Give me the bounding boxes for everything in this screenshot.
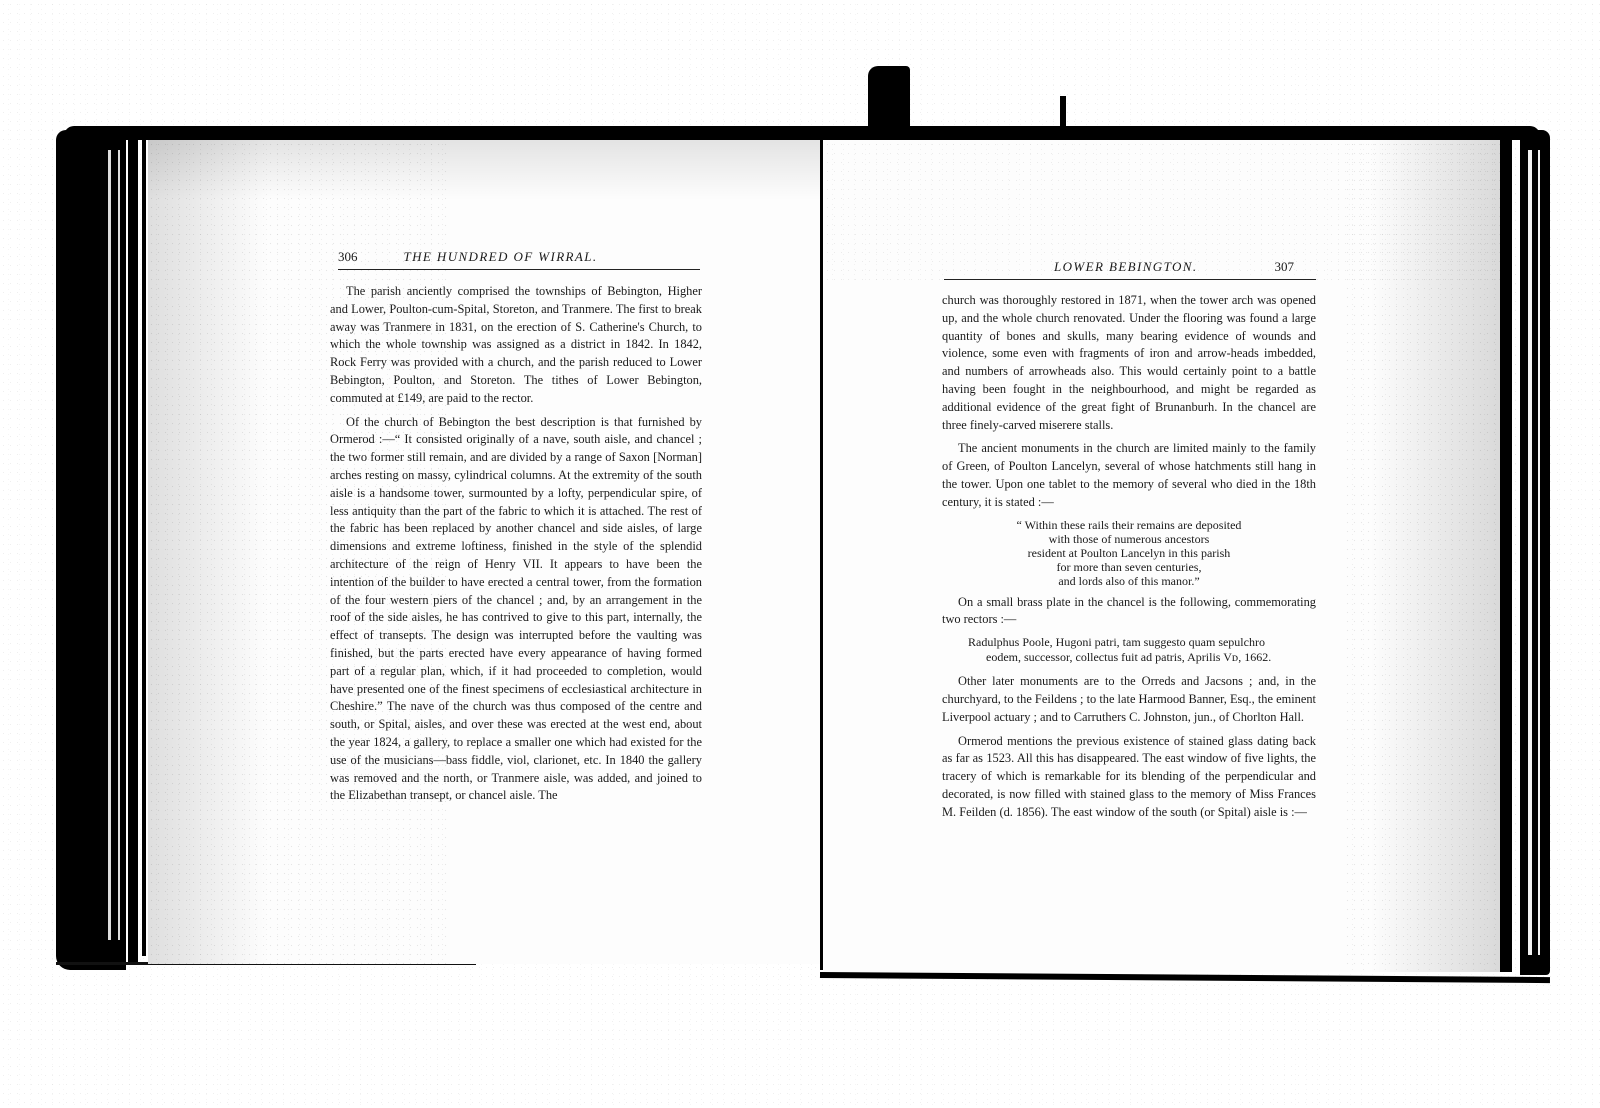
book-cover-left-edge bbox=[56, 130, 126, 970]
book-cover-right-edge bbox=[1520, 130, 1550, 975]
latin-line: Radulphus Poole, Hugoni patri, tam sugge… bbox=[968, 635, 1316, 650]
right-page-text: church was thoroughly restored in 1871, … bbox=[942, 292, 1316, 828]
running-head-left: 306 THE HUNDRED OF WIRRAL. bbox=[338, 249, 700, 270]
book-gutter bbox=[820, 140, 823, 970]
paragraph: The parish anciently comprised the towns… bbox=[330, 283, 702, 408]
running-title: LOWER BEBINGTON. bbox=[1054, 259, 1198, 275]
paragraph: On a small brass plate in the chancel is… bbox=[942, 594, 1316, 630]
running-title: THE HUNDRED OF WIRRAL. bbox=[404, 249, 598, 265]
page-stack-left bbox=[128, 132, 138, 962]
verse-line: “ Within these rails their remains are d… bbox=[942, 518, 1316, 532]
page-number: 307 bbox=[1275, 259, 1295, 275]
book-cover-top-edge bbox=[64, 126, 1540, 140]
left-page-text: The parish anciently comprised the towns… bbox=[330, 283, 702, 811]
page-stack-right bbox=[1500, 136, 1512, 972]
paragraph: The ancient monuments in the church are … bbox=[942, 440, 1316, 511]
verse-line: and lords also of this manor.” bbox=[942, 574, 1316, 588]
page-shadow bbox=[148, 140, 268, 964]
running-head-right: LOWER BEBINGTON. 307 bbox=[944, 259, 1316, 280]
page-shadow-top bbox=[148, 140, 820, 200]
latin-inscription: Radulphus Poole, Hugoni patri, tam sugge… bbox=[968, 635, 1316, 665]
paragraph: Other later monuments are to the Orreds … bbox=[942, 673, 1316, 726]
paragraph: Of the church of Bebington the best desc… bbox=[330, 414, 702, 806]
paragraph: Ormerod mentions the previous existence … bbox=[942, 733, 1316, 822]
verse-line: for more than seven centuries, bbox=[942, 560, 1316, 574]
paragraph-continued: church was thoroughly restored in 1871, … bbox=[942, 292, 1316, 434]
inscription-verse: “ Within these rails their remains are d… bbox=[942, 518, 1316, 588]
page-shadow bbox=[1370, 140, 1500, 972]
verse-line: resident at Poulton Lancelyn in this par… bbox=[942, 546, 1316, 560]
page-stack-left-inner bbox=[142, 136, 146, 956]
page-number: 306 bbox=[338, 249, 358, 265]
latin-line: eodem, successor, collectus fuit ad patr… bbox=[968, 650, 1316, 665]
book-bottom-right-edge bbox=[820, 972, 1550, 983]
verse-line: with those of numerous ancestors bbox=[942, 532, 1316, 546]
